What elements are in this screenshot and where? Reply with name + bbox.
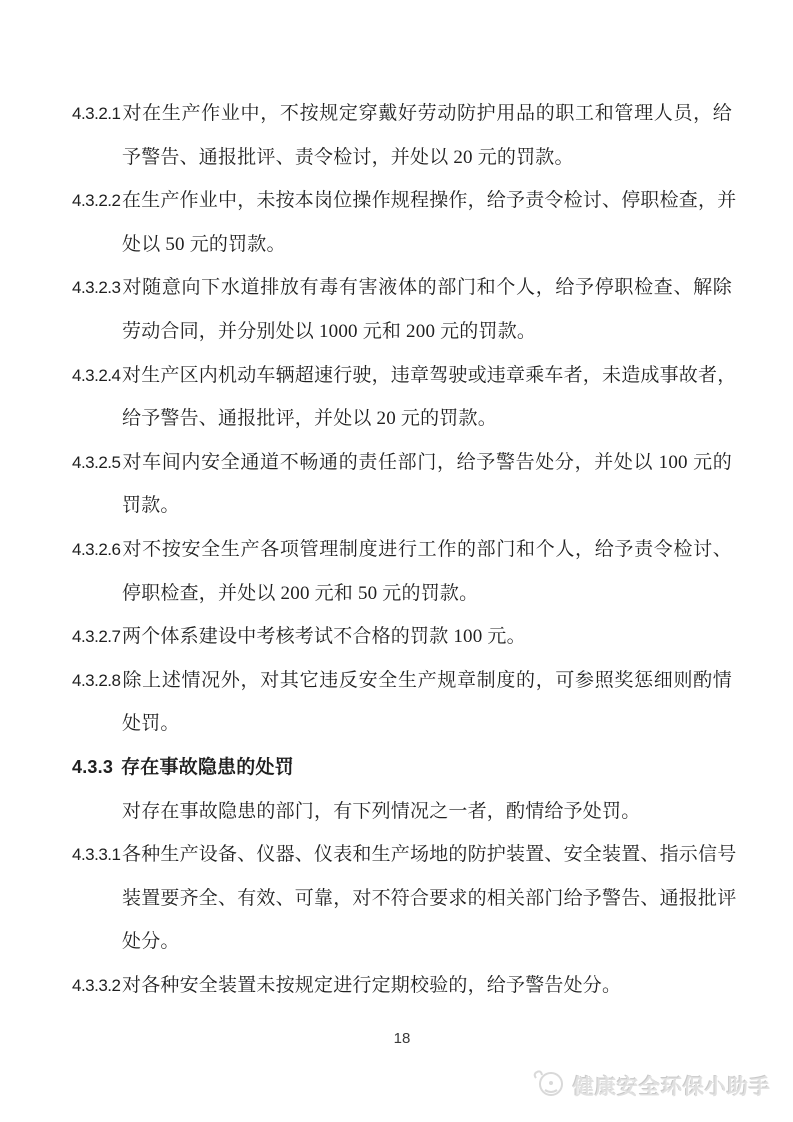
clause-line: 处罚。 (72, 702, 732, 746)
clause-line: 给予警告、通报批评，并处以 20 元的罚款。 (72, 397, 732, 441)
clause-text: 对各种安全装置未按规定进行定期校验的，给予警告处分。 (122, 975, 621, 996)
clause-number: 4.3.2.2 (72, 179, 122, 223)
section-heading-4-3-3: 4.3.3存在事故隐患的处罚 (72, 746, 732, 790)
clause-4-3-2-4: 4.3.2.4对生产区内机动车辆超速行驶，违章驾驶或违章乘车者，未造成事故者， … (72, 354, 732, 441)
clause-line: 装置要齐全、有效、可靠，对不符合要求的相关部门给予警告、通报批评 (72, 877, 732, 921)
clause-line: 处以 50 元的罚款。 (72, 223, 732, 267)
clause-4-3-2-1: 4.3.2.1对在生产作业中，不按规定穿戴好劳动防护用品的职工和管理人员，给 予… (72, 92, 732, 179)
clause-line: 劳动合同，并分别处以 1000 元和 200 元的罚款。 (72, 310, 732, 354)
clause-number: 4.3.2.5 (72, 441, 122, 485)
clause-text: 在生产作业中，未按本岗位操作规程操作，给予责令检讨、停职检查，并 (122, 190, 736, 211)
clause-4-3-3-2: 4.3.3.2对各种安全装置未按规定进行定期校验的，给予警告处分。 (72, 964, 732, 1008)
clause-line: 4.3.2.7两个体系建设中考核考试不合格的罚款 100 元。 (72, 615, 732, 659)
clause-text: 对生产区内机动车辆超速行驶，违章驾驶或违章乘车者，未造成事故者， (122, 365, 736, 386)
clause-text: 对车间内安全通道不畅通的责任部门，给予警告处分，并处以 100 元的 (122, 452, 732, 473)
clause-line: 4.3.2.1对在生产作业中，不按规定穿戴好劳动防护用品的职工和管理人员，给 (72, 92, 732, 136)
clause-4-3-2-6: 4.3.2.6对不按安全生产各项管理制度进行工作的部门和个人，给予责令检讨、 停… (72, 528, 732, 615)
clause-number: 4.3.3.2 (72, 964, 122, 1008)
clause-text: 对在生产作业中，不按规定穿戴好劳动防护用品的职工和管理人员，给 (122, 103, 732, 124)
clause-line: 4.3.2.2在生产作业中，未按本岗位操作规程操作，给予责令检讨、停职检查，并 (72, 179, 732, 223)
clause-line: 罚款。 (72, 484, 732, 528)
clause-number: 4.3.2.4 (72, 354, 122, 398)
clause-text: 除上述情况外，对其它违反安全生产规章制度的，可参照奖惩细则酌情 (122, 670, 732, 691)
clause-text: 两个体系建设中考核考试不合格的罚款 100 元。 (122, 626, 526, 647)
clause-line: 处分。 (72, 920, 732, 964)
clause-line: 予警告、通报批评、责令检讨，并处以 20 元的罚款。 (72, 136, 732, 180)
clause-line: 4.3.2.3对随意向下水道排放有毒有害液体的部门和个人，给予停职检查、解除 (72, 266, 732, 310)
clause-4-3-3-1: 4.3.3.1各种生产设备、仪器、仪表和生产场地的防护装置、安全装置、指示信号 … (72, 833, 732, 964)
clause-line: 4.3.3.1各种生产设备、仪器、仪表和生产场地的防护装置、安全装置、指示信号 (72, 833, 732, 877)
watermark: 健康安全环保小助手 (532, 1068, 771, 1103)
clause-line: 4.3.3.2对各种安全装置未按规定进行定期校验的，给予警告处分。 (72, 964, 732, 1008)
clause-number: 4.3.3.1 (72, 833, 122, 877)
clause-number: 4.3.2.8 (72, 659, 122, 703)
clause-line: 4.3.2.5对车间内安全通道不畅通的责任部门，给予警告处分，并处以 100 元… (72, 441, 732, 485)
clause-text: 对随意向下水道排放有毒有害液体的部门和个人，给予停职检查、解除 (122, 277, 732, 298)
document-page: 4.3.2.1对在生产作业中，不按规定穿戴好劳动防护用品的职工和管理人员，给 予… (0, 0, 793, 1122)
clause-text: 各种生产设备、仪器、仪表和生产场地的防护装置、安全装置、指示信号 (122, 844, 736, 865)
watermark-text: 健康安全环保小助手 (573, 1071, 771, 1101)
intro-line: 对存在事故隐患的部门，有下列情况之一者，酌情给予处罚。 (72, 790, 732, 834)
clause-4-3-2-3: 4.3.2.3对随意向下水道排放有毒有害液体的部门和个人，给予停职检查、解除 劳… (72, 266, 732, 353)
section-intro: 对存在事故隐患的部门，有下列情况之一者，酌情给予处罚。 (72, 790, 732, 834)
clause-line: 4.3.2.8除上述情况外，对其它违反安全生产规章制度的，可参照奖惩细则酌情 (72, 659, 732, 703)
heading-number: 4.3.3 (72, 757, 113, 777)
clause-4-3-2-5: 4.3.2.5对车间内安全通道不畅通的责任部门，给予警告处分，并处以 100 元… (72, 441, 732, 528)
clause-4-3-2-7: 4.3.2.7两个体系建设中考核考试不合格的罚款 100 元。 (72, 615, 732, 659)
page-number: 18 (72, 1030, 732, 1047)
clause-number: 4.3.2.1 (72, 92, 122, 136)
heading-line: 4.3.3存在事故隐患的处罚 (72, 746, 732, 790)
clause-4-3-2-2: 4.3.2.2在生产作业中，未按本岗位操作规程操作，给予责令检讨、停职检查，并 … (72, 179, 732, 266)
mascot-logo-icon (532, 1068, 566, 1103)
clause-number: 4.3.2.6 (72, 528, 122, 572)
clause-4-3-2-8: 4.3.2.8除上述情况外，对其它违反安全生产规章制度的，可参照奖惩细则酌情 处… (72, 659, 732, 746)
clause-line: 4.3.2.6对不按安全生产各项管理制度进行工作的部门和个人，给予责令检讨、 (72, 528, 732, 572)
clause-text: 对不按安全生产各项管理制度进行工作的部门和个人，给予责令检讨、 (122, 539, 732, 560)
clause-line: 4.3.2.4对生产区内机动车辆超速行驶，违章驾驶或违章乘车者，未造成事故者， (72, 354, 732, 398)
clause-number: 4.3.2.7 (72, 615, 122, 659)
heading-title: 存在事故隐患的处罚 (121, 757, 294, 778)
document-body: 4.3.2.1对在生产作业中，不按规定穿戴好劳动防护用品的职工和管理人员，给 予… (72, 92, 732, 1007)
clause-number: 4.3.2.3 (72, 266, 122, 310)
clause-line: 停职检查，并处以 200 元和 50 元的罚款。 (72, 572, 732, 616)
